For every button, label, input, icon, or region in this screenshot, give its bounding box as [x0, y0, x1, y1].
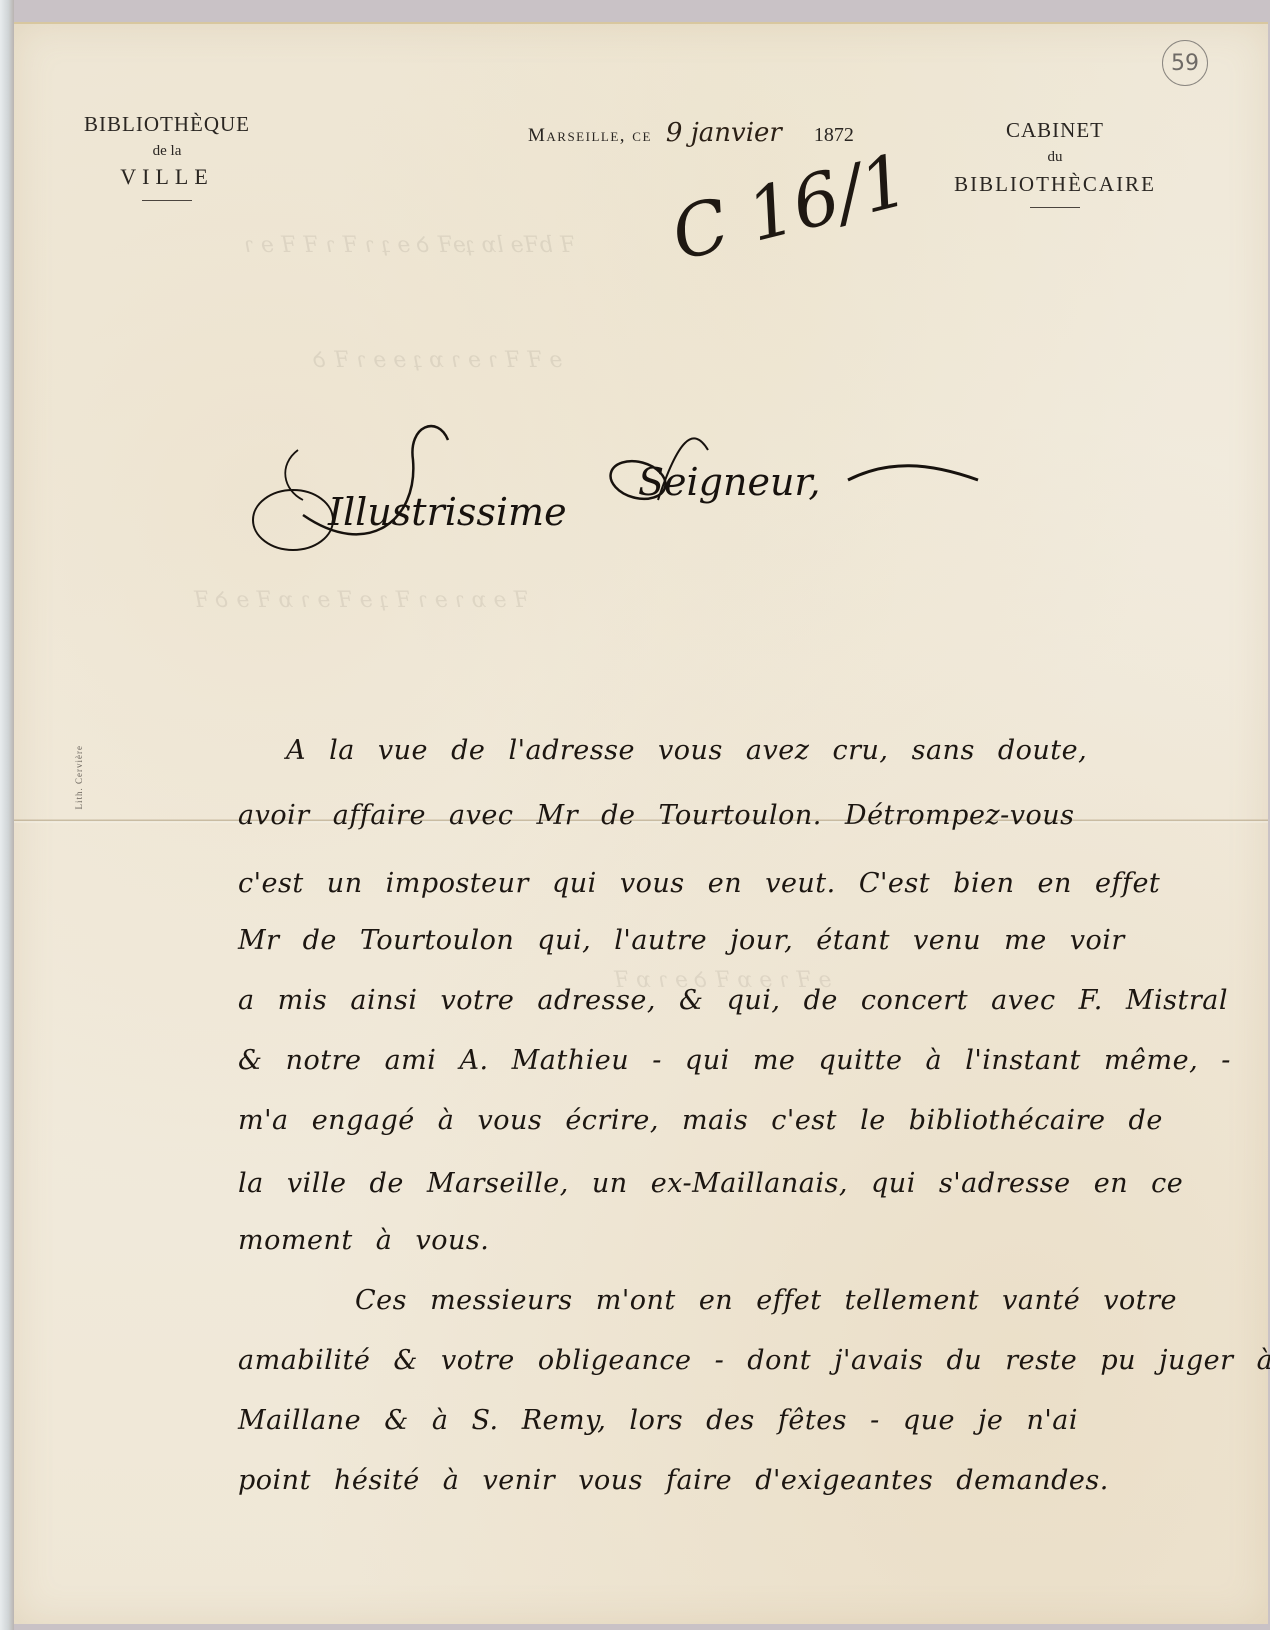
- body-line: A la vue de l'adresse vous avez cru, san…: [286, 735, 1266, 766]
- letterhead-library-line3: VILLE: [62, 164, 272, 190]
- letterhead-cabinet-line1: CABINET: [940, 118, 1170, 143]
- body-line: Maillane & à S. Remy, lors des fêtes - q…: [238, 1405, 1218, 1436]
- year: 1872: [814, 124, 854, 146]
- letterhead-library-line1: BIBLIOTHÈQUE: [62, 112, 272, 137]
- bleed-through-text: ꟻ ɘ ɒ ɿ ɘ ɿ ꟻ ʇ ɘ ꟻ ɘ ɿ ɒ ꟻ ɘ ꝺ ꟻ: [194, 584, 529, 614]
- body-line: moment à vous.: [238, 1225, 1218, 1256]
- handwritten-date: 9 janvier: [666, 118, 782, 148]
- salutation-word-2: Seigneur,: [638, 460, 821, 504]
- letterhead-rule: [142, 200, 192, 201]
- letterhead-cabinet-line2: du: [940, 149, 1170, 166]
- letterhead-cabinet: CABINET du BIBLIOTHÈCAIRE: [940, 118, 1170, 208]
- dateline: Marseille, ce 9 janvier 1872: [528, 118, 854, 148]
- folio-number-stamp: 59: [1162, 40, 1208, 86]
- body-line: la ville de Marseille, un ex-Maillanais,…: [238, 1168, 1218, 1199]
- body-line: Ces messieurs m'ont en effet tellement v…: [355, 1285, 1270, 1316]
- body-line: point hésité à venir vous faire d'exigea…: [238, 1465, 1218, 1496]
- scan-edge: [0, 0, 14, 1630]
- body-line: a mis ainsi votre adresse, & qui, de con…: [238, 985, 1218, 1016]
- body-line: m'a engagé à vous écrire, mais c'est le …: [238, 1105, 1218, 1136]
- bleed-through-text: ꟻ bꟻɘ lɒ ʇɘꟻ ꝺ ɘ ʇ ɿ ꟻ ɿ ꟻ ꟻ ɘ ɿ: [244, 229, 575, 259]
- printer-mark: Lith. Cervière: [74, 745, 84, 809]
- body-line: Mr de Tourtoulon qui, l'autre jour, étan…: [238, 925, 1218, 956]
- printed-city: Marseille, ce: [528, 125, 652, 146]
- body-line: c'est un imposteur qui vous en veut. C'e…: [238, 868, 1218, 899]
- body-line: & notre ami A. Mathieu - qui me quitte à…: [238, 1045, 1218, 1076]
- letterhead-cabinet-line3: BIBLIOTHÈCAIRE: [940, 172, 1170, 197]
- salutation-word-1: Illustrissime: [328, 490, 567, 534]
- body-line: amabilité & votre obligeance - dont j'av…: [238, 1345, 1218, 1376]
- letterhead-library-line2: de la: [62, 143, 272, 160]
- letterhead-rule: [1030, 207, 1080, 208]
- letterhead-library: BIBLIOTHÈQUE de la VILLE: [62, 112, 272, 201]
- salutation: Illustrissime Seigneur,: [248, 420, 1048, 560]
- body-line: avoir affaire avec Mr de Tourtoulon. Dét…: [238, 800, 1218, 831]
- bleed-through-text: ɘ ꟻ ꟻ ɿ ɘ ɿ ɒ ʇ ɘ ɘ ɿ ꟻ ꝺ: [314, 344, 563, 374]
